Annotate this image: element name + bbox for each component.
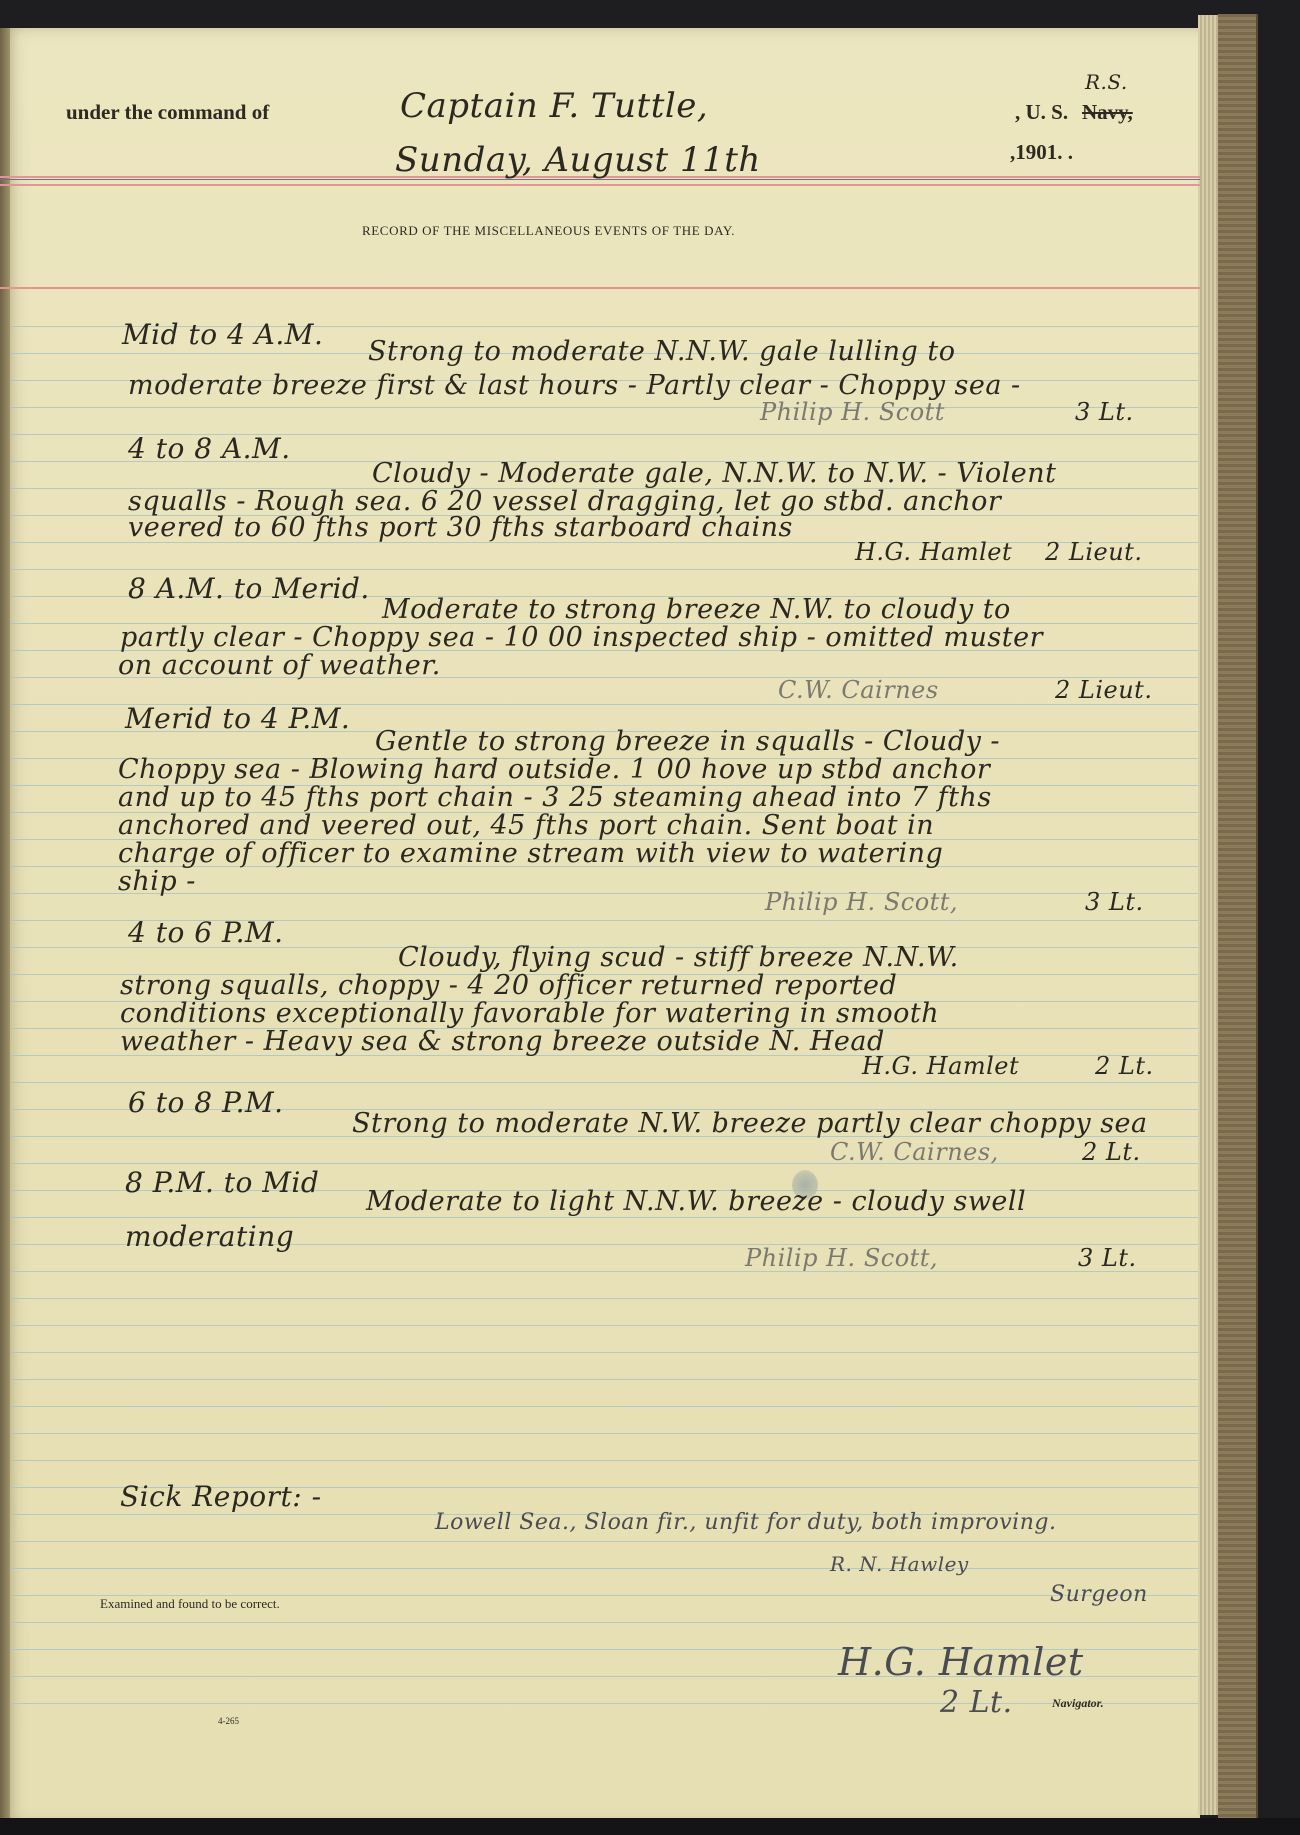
watch-label: 4 to 6 P.M. <box>128 916 284 949</box>
table-background <box>0 1818 1300 1835</box>
entry-line: moderate breeze first & last hours - Par… <box>128 370 1021 401</box>
watch-label: 4 to 8 A.M. <box>128 432 291 465</box>
book-binding <box>1218 14 1258 1826</box>
entry-line: Strong to moderate N.N.W. gale lulling t… <box>368 336 956 367</box>
service-struck-navy: Navy, <box>1082 100 1133 125</box>
officer-rank: 2 Lieut. <box>1045 538 1142 566</box>
watch-label: 8 A.M. to Merid. <box>128 572 370 605</box>
officer-rank: 3 Lt. <box>1075 398 1134 426</box>
entry-line: ship - <box>118 866 196 897</box>
entry-line: weather - Heavy sea & strong breeze outs… <box>120 1026 885 1057</box>
commander-name: Captain F. Tuttle, <box>400 86 708 126</box>
officer-signature: H.G. Hamlet <box>855 538 1012 566</box>
service-correction: R.S. <box>1085 70 1128 94</box>
entry-line: charge of officer to examine stream with… <box>118 838 943 869</box>
examined-statement: Examined and found to be correct. <box>100 1596 280 1612</box>
page-gutter <box>0 28 10 1823</box>
section-title: RECORD OF THE MISCELLANEOUS EVENTS OF TH… <box>362 223 735 239</box>
surgeon-rank: Surgeon <box>1050 1582 1148 1607</box>
navigator-label: Navigator. <box>1052 1696 1104 1711</box>
entry-line: on account of weather. <box>118 650 441 681</box>
officer-signature: Philip H. Scott, <box>765 888 958 916</box>
page-stack-edges <box>1198 15 1220 1815</box>
officer-rank: 2 Lt. <box>1082 1138 1141 1166</box>
section-divider-rule <box>0 287 1200 289</box>
entry-line: Moderate to light N.N.W. breeze - cloudy… <box>366 1186 1026 1217</box>
entry-line: anchored and veered out, 45 fths port ch… <box>118 810 934 841</box>
navigator-signature: H.G. Hamlet <box>838 1640 1084 1684</box>
sick-report-label: Sick Report: - <box>120 1480 322 1513</box>
officer-signature: C.W. Cairnes <box>778 676 939 704</box>
entry-line: and up to 45 fths port chain - 3 25 stea… <box>118 782 992 813</box>
form-number: 4-265 <box>218 1716 239 1726</box>
entry-line: Cloudy - Moderate gale, N.N.W. to N.W. -… <box>372 458 1057 489</box>
surgeon-signature: R. N. Hawley <box>830 1552 969 1576</box>
officer-signature: H.G. Hamlet <box>862 1052 1019 1080</box>
entry-line: strong squalls, choppy - 4 20 officer re… <box>120 970 897 1001</box>
entry-line: veered to 60 fths port 30 fths starboard… <box>128 512 793 543</box>
officer-rank: 3 Lt. <box>1078 1244 1137 1272</box>
officer-rank: 2 Lieut. <box>1055 676 1152 704</box>
log-year: ,1901. . <box>1010 140 1073 165</box>
watch-label: 6 to 8 P.M. <box>128 1086 284 1119</box>
command-prefix-label: under the command of <box>66 100 269 125</box>
watch-label: Merid to 4 P.M. <box>125 702 350 735</box>
watch-label: Mid to 4 A.M. <box>122 318 323 351</box>
sick-report-text: Lowell Sea., Sloan fir., unfit for duty,… <box>435 1510 1056 1535</box>
officer-rank: 2 Lt. <box>1095 1052 1154 1080</box>
officer-signature: Philip H. Scott <box>760 398 945 426</box>
entry-line: Gentle to strong breeze in squalls - Clo… <box>375 726 1000 757</box>
watch-note: moderating <box>125 1220 294 1253</box>
entry-line: Moderate to strong breeze N.W. to cloudy… <box>382 594 1011 625</box>
watch-label: 8 P.M. to Mid <box>125 1166 319 1199</box>
entry-line: conditions exceptionally favorable for w… <box>120 998 939 1029</box>
service-prefix: , U. S. <box>1015 100 1068 125</box>
navigator-rank-handwritten: 2 Lt. <box>940 1685 1013 1720</box>
entry-line: Choppy sea - Blowing hard outside. 1 00 … <box>118 754 990 785</box>
officer-signature: C.W. Cairnes, <box>830 1138 999 1166</box>
log-date: Sunday, August 11th <box>395 140 761 180</box>
officer-signature: Philip H. Scott, <box>745 1244 938 1272</box>
entry-line: Strong to moderate N.W. breeze partly cl… <box>352 1108 1148 1139</box>
entry-line: partly clear - Choppy sea - 10 00 inspec… <box>120 622 1043 653</box>
officer-rank: 3 Lt. <box>1085 888 1144 916</box>
entry-line: Cloudy, flying scud - stiff breeze N.N.W… <box>398 942 959 973</box>
